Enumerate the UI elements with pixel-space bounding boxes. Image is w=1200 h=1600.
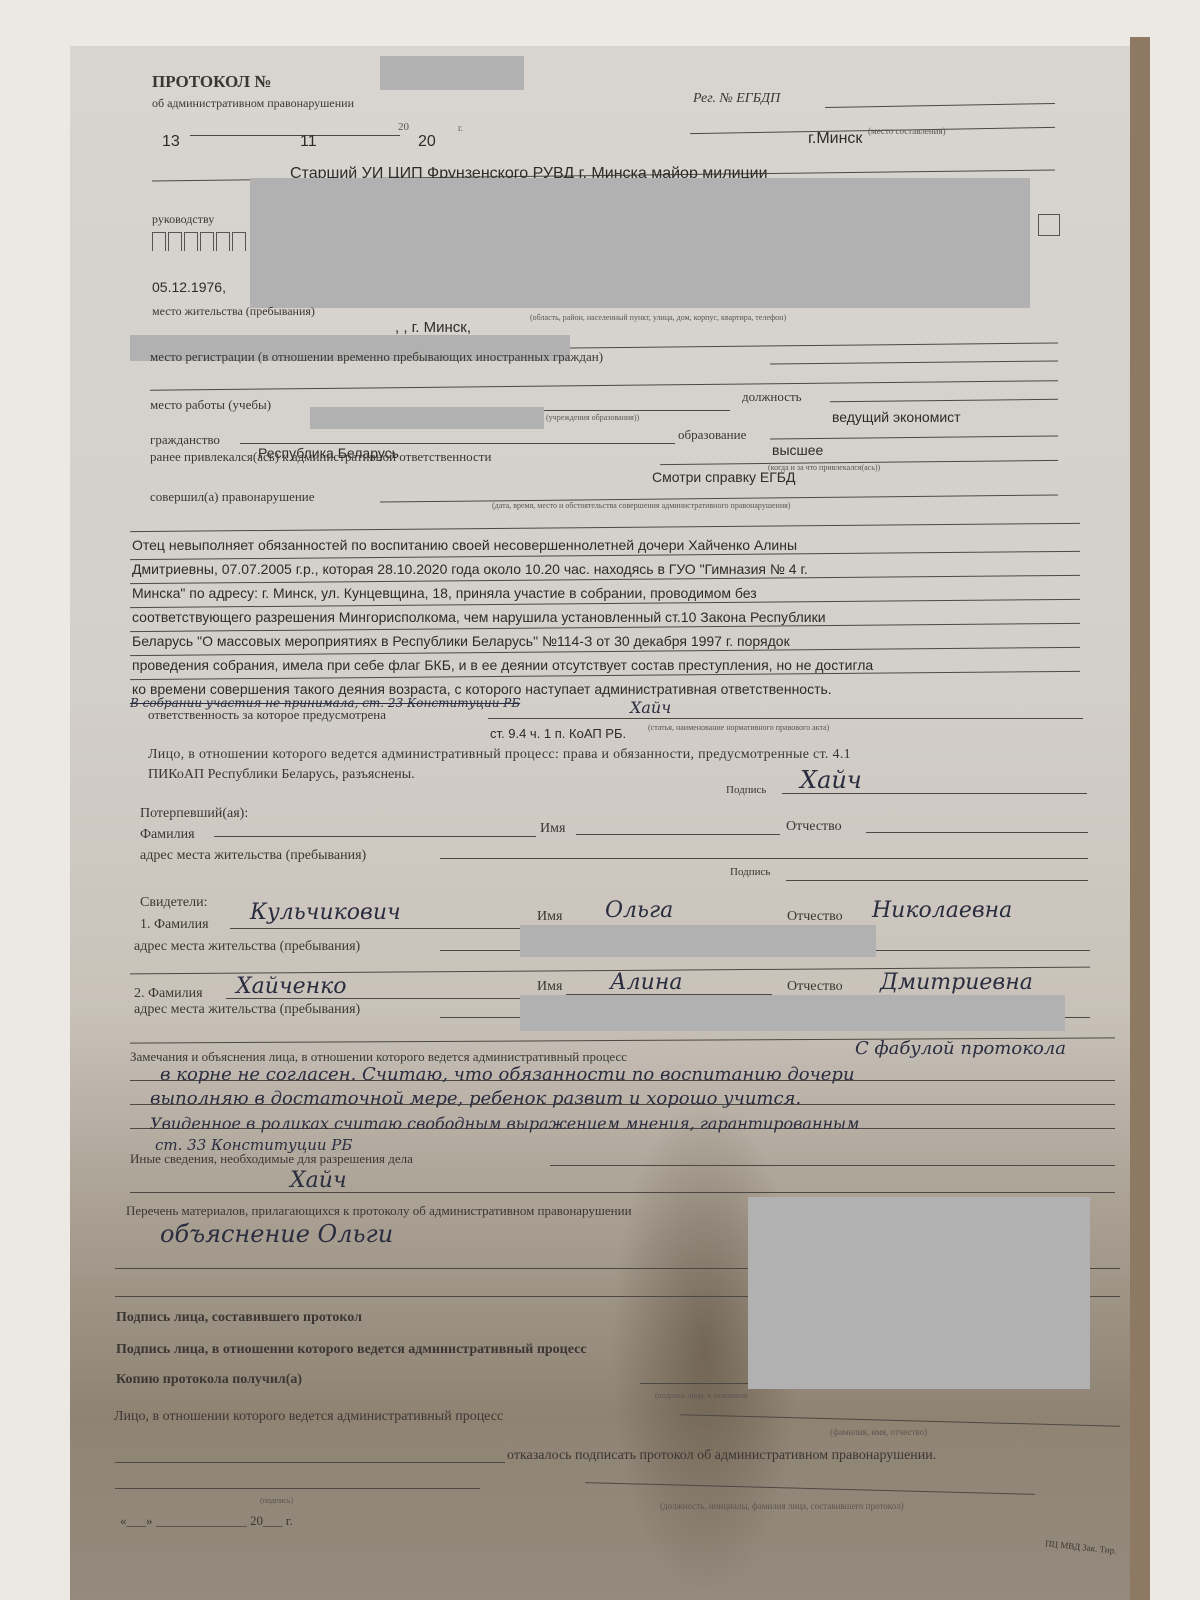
witnesses-heading: Свидетели: (140, 896, 207, 910)
date-of-birth: 05.12.1976, (152, 280, 226, 294)
registration-label: место регистрации (в отношении временно … (150, 350, 603, 363)
offense-line-2: Дмитриевны, 07.07.2005 г.р., которая 28.… (132, 562, 808, 576)
redacted-personal-block (250, 178, 1030, 308)
citizenship-line (240, 443, 675, 444)
education-label: образование (678, 428, 746, 441)
place-caption: (место составления) (868, 127, 946, 136)
offense-line-3: Минска" по адресу: г. Минск, ул. Кунцевщ… (132, 586, 757, 600)
id-digit-boxes (152, 232, 248, 251)
victim-address-label: адрес места жительства (пребывания) (140, 849, 366, 863)
offense-line-4: соответствующего разрешения Мингорисполк… (132, 610, 826, 624)
witness-2-name: Алина (610, 972, 682, 994)
witness-1-surname: Кульчикович (250, 902, 401, 924)
materials-label: Перечень материалов, прилагающихся к про… (126, 1204, 632, 1217)
residence-value: , , г. Минск, (395, 320, 471, 335)
date-year-prefix: 20 (398, 122, 409, 133)
redacted-officer-signature-block (748, 1197, 1090, 1389)
protocol-subtitle: об административном правонарушении (152, 97, 354, 109)
position-value: ведущий экономист (832, 410, 961, 424)
offense-line-7: ко времени совершения такого деяния возр… (132, 682, 832, 696)
rights-signature-label: Подпись (726, 785, 766, 796)
remarks-line-4: Увиденное в роликах считаю свободным выр… (150, 1116, 859, 1132)
date-line: «___» ______________ 20___ г. (120, 1514, 293, 1527)
sign-caption: (подпись) (260, 1497, 293, 1505)
rights-text-1: Лицо, в отношении которого ведется админ… (148, 748, 851, 762)
place-value: г.Минск (808, 131, 862, 147)
date-month: 11 (300, 134, 317, 150)
position-label: должность (742, 390, 802, 403)
materials-value: объяснение Ольги (160, 1222, 393, 1246)
witness-1-name-label: Имя (537, 910, 562, 924)
author-caption: (должность, инициалы, фамилия лица, сост… (660, 1502, 904, 1511)
subject-signature-label: Подпись лица, в отношении которого ведет… (116, 1343, 587, 1357)
year-suffix: г. (458, 124, 463, 133)
redacted-protocol-number (380, 56, 524, 90)
copy-received-label: Копию протокола получил(а) (116, 1373, 302, 1387)
victim-name-field[interactable] (576, 834, 780, 835)
offense-line-1: Отец невыполняет обязанностей по воспита… (132, 538, 797, 552)
signature-scribble-3: Хайч (290, 1170, 347, 1192)
redacted-witness-1-address (520, 925, 876, 957)
checkbox[interactable] (1038, 214, 1060, 236)
victim-heading: Потерпевший(ая): (140, 807, 248, 821)
other-info-field[interactable] (550, 1165, 1115, 1166)
residence-label: место жительства (пребывания) (152, 305, 315, 317)
rights-text-2: ПИКоАП Республики Беларусь, разъяснены. (148, 768, 415, 782)
citizenship-label: гражданство (150, 433, 220, 446)
reg-label: Рег. № ЕГБДП (693, 92, 780, 106)
date-month-line (190, 135, 400, 136)
protocol-title: ПРОТОКОЛ № (152, 73, 271, 90)
victim-address-field[interactable] (440, 858, 1088, 859)
liability-caption: (статья, наименование нормативного право… (648, 724, 829, 732)
witness-1-patronymic: Николаевна (872, 900, 1012, 922)
offense-line-5: Беларусь "О массовых мероприятиях в Респ… (132, 634, 790, 648)
victim-name-label: Имя (540, 822, 565, 836)
education-value: высшее (772, 443, 823, 457)
work-label: место работы (учебы) (150, 398, 271, 411)
redacted-witness-2-address (520, 995, 1065, 1031)
witness-1-patronymic-label: Отчество (787, 910, 843, 924)
copy-caption: (подпись лица, в отношении которого веде… (655, 1392, 748, 1400)
remarks-line-1: С фабулой протокола (855, 1040, 1066, 1058)
witness-1-address-label: адрес места жительства (пребывания) (134, 940, 360, 954)
witness-1-name: Ольга (605, 900, 673, 922)
author-signature-label: Подпись лица, составившего протокол (116, 1311, 362, 1325)
liability-line (488, 718, 1083, 719)
offense-line-6: проведения собрания, имела при себе флаг… (132, 658, 873, 672)
refused-caption: (фамилия, имя, отчество) (830, 1428, 927, 1437)
remarks-line-3: выполняю в достаточной мере, ребенок раз… (150, 1090, 801, 1108)
witness-2-patronymic-label: Отчество (787, 980, 843, 994)
victim-signature-line (786, 880, 1088, 881)
page-edge-shadow (1130, 37, 1150, 1600)
date-day: 13 (162, 134, 180, 150)
other-info-label: Иные сведения, необходимые для разрешени… (130, 1152, 413, 1165)
work-caption: (учреждения образования)) (546, 414, 639, 422)
victim-patronymic-label: Отчество (786, 820, 842, 834)
refused-label: Лицо, в отношении которого ведется админ… (114, 1410, 503, 1424)
redacted-workplace (310, 407, 544, 429)
offense-label: совершил(а) правонарушение (150, 490, 315, 503)
signature-scribble-1: Хайч (630, 700, 671, 716)
victim-patronymic-field[interactable] (866, 832, 1088, 833)
witness-2-surname-label: 2. Фамилия (134, 987, 203, 1001)
date-year: 20 (418, 134, 436, 150)
remarks-line-2: в корне не согласен. Считаю, что обязанн… (160, 1066, 855, 1084)
liability-label: ответственность за которое предусмотрена (148, 708, 386, 721)
refused-text: отказалось подписать протокол об админис… (507, 1449, 936, 1463)
liability-value: ст. 9.4 ч. 1 п. КоАП РБ. (490, 727, 626, 740)
remarks-label: Замечания и объяснения лица, в отношении… (130, 1050, 627, 1063)
witness-2-address-label: адрес места жительства (пребывания) (134, 1003, 360, 1017)
witness-2-surname: Хайченко (236, 976, 347, 998)
victim-surname-field[interactable] (214, 836, 536, 837)
offense-caption: (дата, время, место и обстоятельства сов… (492, 502, 790, 510)
witness-2-patronymic: Дмитриевна (880, 972, 1033, 994)
witness-1-surname-label: 1. Фамилия (140, 918, 209, 932)
witness-2-name-label: Имя (537, 980, 562, 994)
victim-signature-label: Подпись (730, 867, 770, 878)
victim-surname-label: Фамилия (140, 828, 195, 842)
prior-label: ранее привлекался(ась) к административно… (150, 450, 491, 463)
prior-value: Смотри справку ЕГБД (652, 470, 795, 484)
guide-label: руководству (152, 213, 214, 225)
signature-scribble-2: Хайч (800, 768, 862, 792)
residence-caption: (область, район, населенный пункт, улица… (530, 314, 786, 322)
